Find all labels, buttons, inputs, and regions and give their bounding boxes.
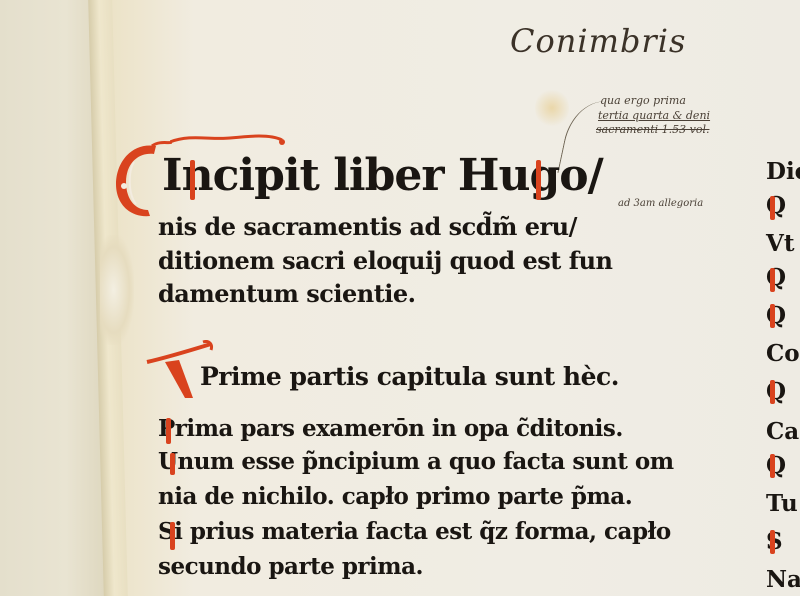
margin-note-line: ad 3am allegoria (618, 198, 703, 210)
handwritten-heading: Conimbris (510, 22, 686, 60)
handwritten-heading-text: Conimbris (510, 22, 686, 60)
chapter-line: Unum esse p̃ncipium a quo facta sunt om (158, 448, 674, 475)
book-photograph: Conimbris qua ergo prima tertia quarta &… (0, 0, 800, 596)
fragment-line: Na (766, 566, 800, 593)
margin-note-line: tertia quarta & deni (598, 110, 710, 122)
fragment-line: Tu (766, 490, 798, 517)
fragment-line: Q (766, 378, 786, 405)
margin-note-line: sacramenti 1.53 vol. (596, 124, 709, 136)
text-line: ditionem sacri eloquij quod est fun (158, 246, 612, 275)
rubric-stroke (770, 454, 775, 478)
rubric-stroke (536, 160, 541, 200)
fragment-line: Co (766, 340, 800, 367)
rubric-stroke (770, 304, 775, 328)
text-line: damentum scientie. (158, 279, 416, 308)
rubric-stroke (170, 453, 175, 475)
chapter-line: nia de nichilo. capło primo parte p̃ma. (158, 483, 632, 510)
chapter-line: Prima pars examerōn in opa c̃ditonis. (158, 415, 623, 442)
chapter-line: secundo parte prima. (158, 553, 423, 580)
rubric-stroke (770, 380, 775, 404)
rubric-stroke (170, 522, 175, 550)
text-line: nis de sacramentis ad scd̃m̃ eru/ (158, 212, 577, 241)
rubric-stroke (190, 160, 195, 200)
fragment-line: Q (766, 452, 786, 479)
rubric-stroke (770, 530, 775, 554)
fragment-line: Q (766, 302, 786, 329)
page-fold-crease (100, 235, 134, 345)
fragment-line: Ca. (766, 418, 800, 445)
chapter-line: Si prius materia facta est q̃z forma, ca… (158, 518, 671, 545)
rubric-stroke (166, 418, 171, 444)
rubric-stroke (770, 268, 775, 292)
fragment-line: Q (766, 192, 786, 219)
fragment-line: Q (766, 264, 786, 291)
rubric-flourish-icon (170, 130, 290, 150)
fragment-line: Vt (766, 230, 794, 257)
fragment-line: Dic (766, 158, 800, 185)
paper-stain (535, 88, 569, 128)
margin-note-line: qua ergo prima (600, 95, 686, 107)
rubric-stroke (770, 196, 775, 220)
section-heading: Prime partis capitula sunt hèc. (200, 362, 619, 391)
